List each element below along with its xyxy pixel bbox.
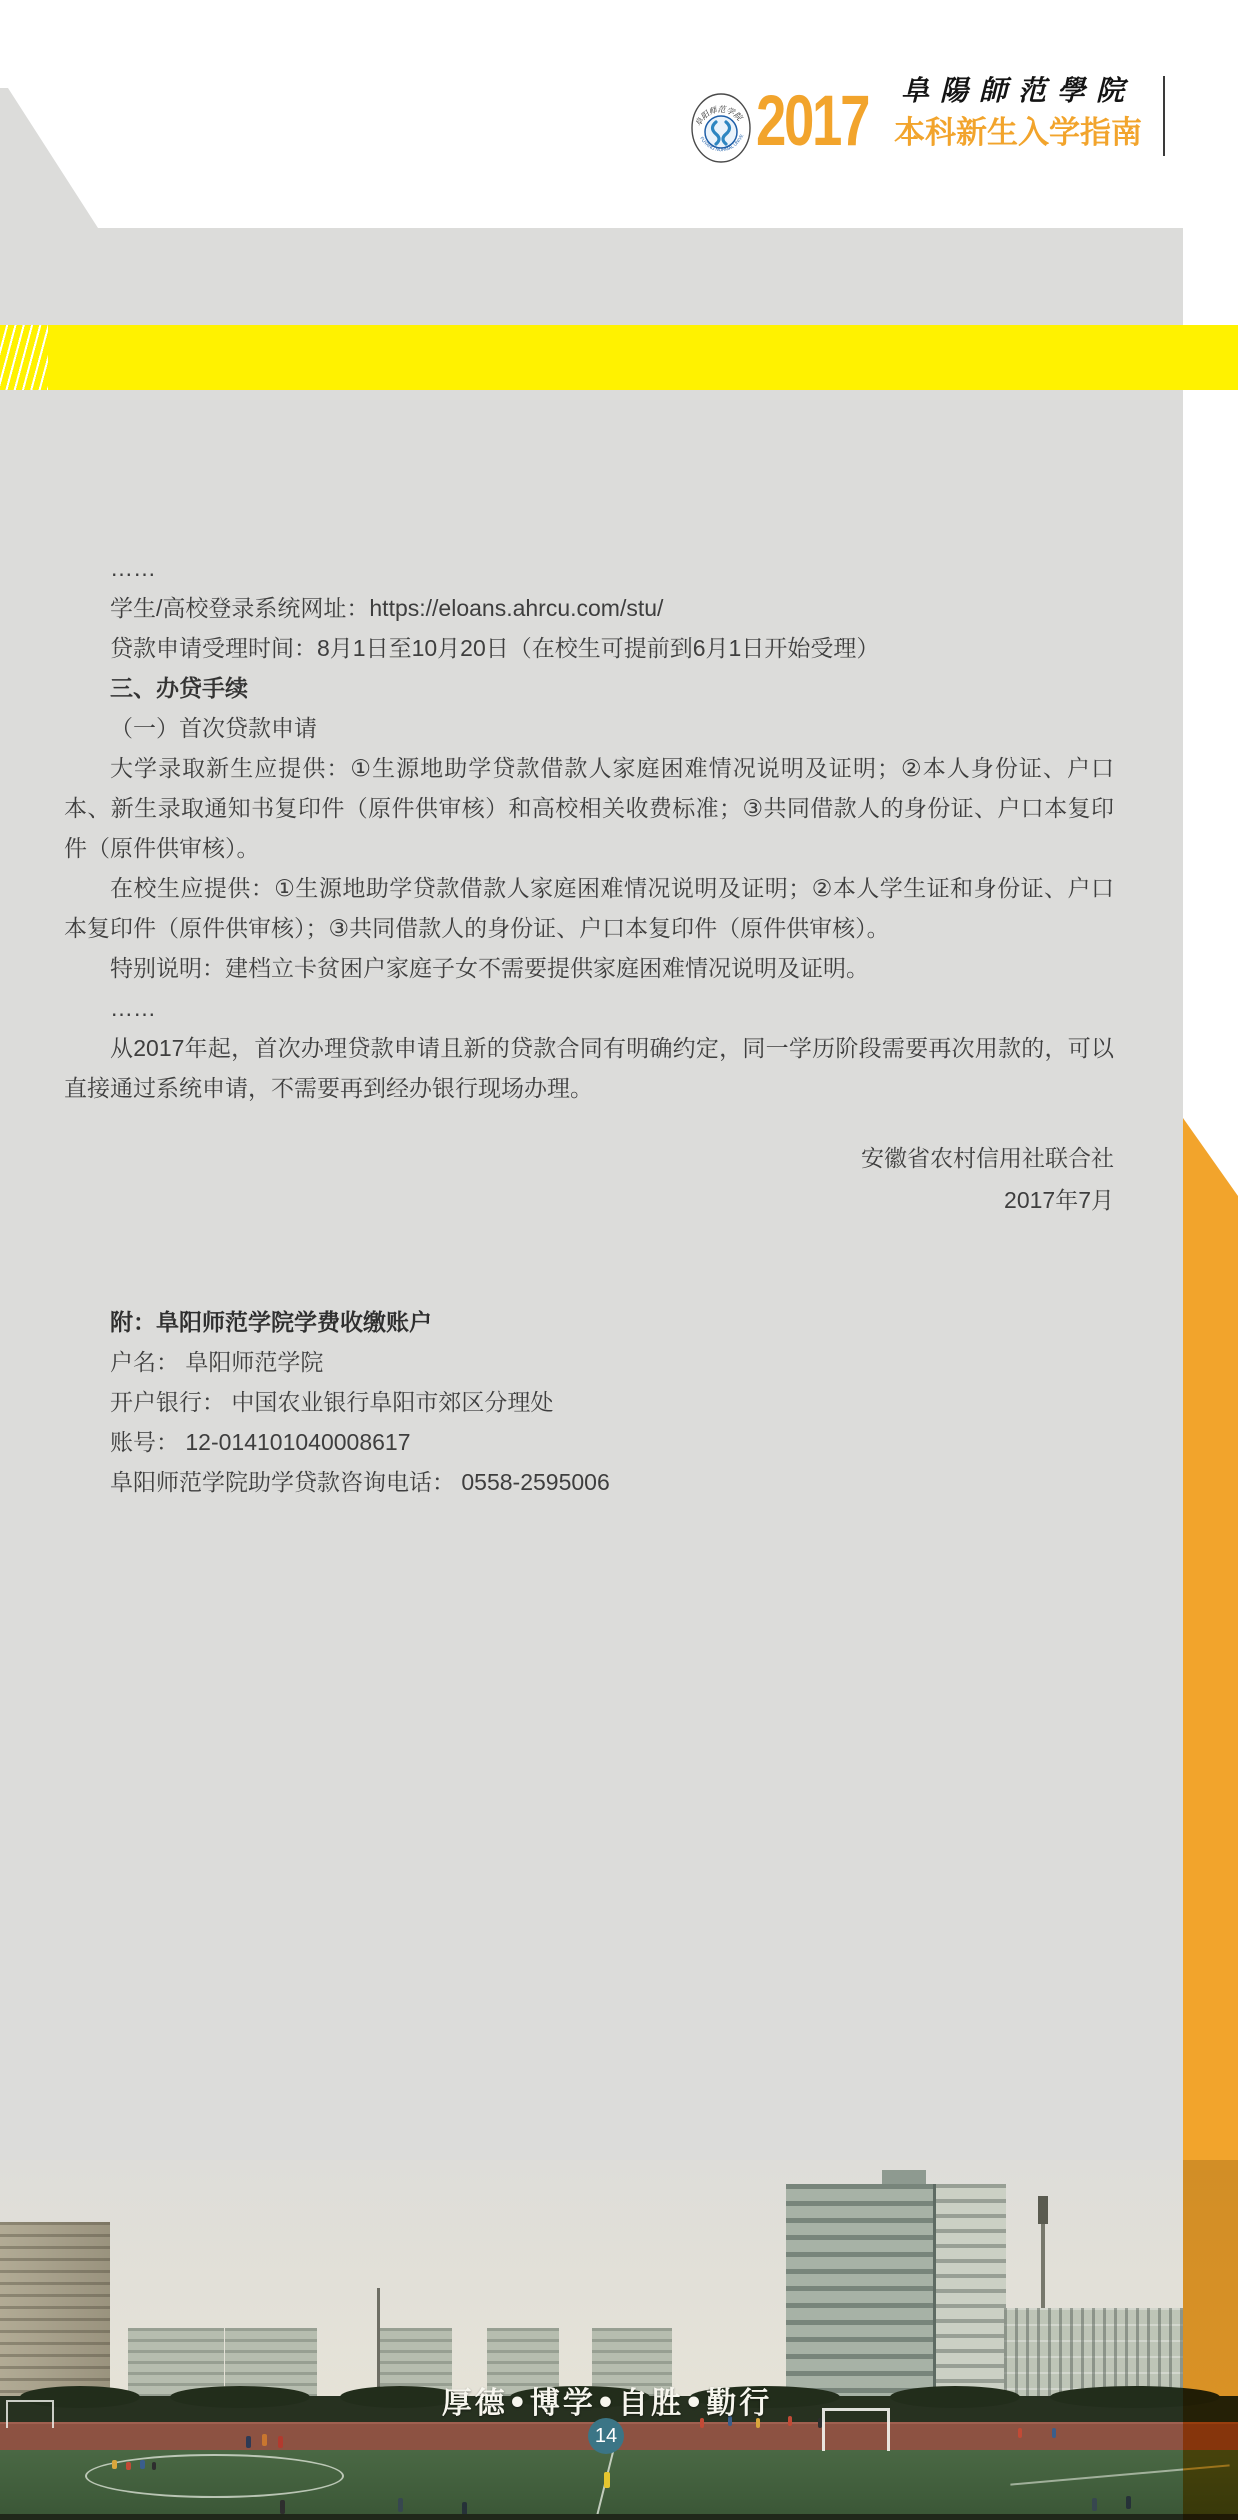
subsection-heading: （一）首次贷款申请 bbox=[64, 708, 1114, 748]
main-tower-building bbox=[786, 2184, 1006, 2408]
orange-sidebar-accent bbox=[1183, 1118, 1238, 2520]
body-paragraph: 特别说明：建档立卡贫困户家庭子女不需要提供家庭困难情况说明及证明。 bbox=[64, 948, 1114, 988]
page-number-badge: 14 bbox=[588, 2418, 624, 2454]
attachment-line-bank: 开户银行： 中国农业银行阜阳市郊区分理处 bbox=[64, 1382, 1114, 1422]
body-paragraph: …… bbox=[64, 548, 1114, 588]
person-figure bbox=[126, 2462, 131, 2470]
guide-page: 阜阳师范学院 FUYANG NORMAL UNIVERSITY 2017 阜陽師… bbox=[0, 0, 1238, 2520]
attachment-title: 附：阜阳师范学院学费收缴账户 bbox=[64, 1302, 1114, 1342]
person-figure bbox=[604, 2472, 610, 2488]
highlight-band bbox=[0, 325, 1238, 390]
signature-organization: 安徽省农村信用社联合社 bbox=[64, 1138, 1165, 1178]
attachment-block: 附：阜阳师范学院学费收缴账户 户名： 阜阳师范学院 开户银行： 中国农业银行阜阳… bbox=[64, 1302, 1114, 1502]
building-tower bbox=[933, 2184, 1006, 2408]
building-roof bbox=[882, 2170, 926, 2184]
building-wing bbox=[786, 2184, 936, 2408]
body-paragraph: 从2017年起，首次办理贷款申请且新的贷款合同有明确约定，同一学历阶段需要再次用… bbox=[64, 1028, 1114, 1108]
soccer-goal bbox=[6, 2400, 54, 2428]
person-figure bbox=[152, 2462, 156, 2470]
signature-date: 2017年7月 bbox=[64, 1180, 1226, 1220]
campus-photo bbox=[0, 2160, 1238, 2520]
person-figure bbox=[112, 2460, 117, 2469]
attachment-line-phone: 阜阳师范学院助学贷款咨询电话： 0558-2595006 bbox=[64, 1462, 1114, 1502]
person-figure bbox=[1052, 2428, 1056, 2438]
person-figure bbox=[246, 2436, 251, 2448]
photo-bottom-strip bbox=[0, 2514, 1238, 2520]
person-figure bbox=[1018, 2428, 1022, 2438]
person-figure bbox=[262, 2434, 267, 2446]
guide-subtitle: 本科新生入学指南 bbox=[882, 110, 1154, 156]
person-figure bbox=[278, 2436, 283, 2448]
person-figure bbox=[280, 2500, 285, 2514]
section-heading: 三、办贷手续 bbox=[64, 668, 1114, 708]
body-paragraph: …… bbox=[64, 988, 1114, 1028]
attachment-line-account-name: 户名： 阜阳师范学院 bbox=[64, 1342, 1114, 1382]
diagonal-stripe-pattern bbox=[0, 325, 48, 390]
body-paragraph: 学生/高校登录系统网址：https://eloans.ahrcu.com/stu… bbox=[64, 588, 1114, 628]
person-figure bbox=[398, 2498, 403, 2512]
school-name-calligraphy: 阜陽師范學院 bbox=[884, 72, 1152, 110]
person-figure bbox=[1126, 2496, 1131, 2509]
person-figure bbox=[140, 2460, 145, 2469]
building-silhouette bbox=[0, 2222, 110, 2404]
header-year: 2017 bbox=[756, 86, 868, 155]
person-figure bbox=[1092, 2498, 1097, 2511]
body-paragraph: 贷款申请受理时间：8月1日至10月20日（在校生可提前到6月1日开始受理） bbox=[64, 628, 1114, 668]
gray-diagonal-notch bbox=[0, 88, 98, 228]
school-motto: 厚德•博学•自胜•勤行 bbox=[300, 2378, 914, 2422]
body-text-block: …… 学生/高校登录系统网址：https://eloans.ahrcu.com/… bbox=[64, 548, 1114, 1108]
body-paragraph: 在校生应提供：①生源地助学贷款借款人家庭困难情况说明及证明；②本人学生证和身份证… bbox=[64, 868, 1114, 948]
field-center-circle bbox=[85, 2454, 344, 2498]
attachment-line-account-number: 账号： 12-014101040008617 bbox=[64, 1422, 1114, 1462]
body-paragraph: 大学录取新生应提供：①生源地助学贷款借款人家庭困难情况说明及证明；②本人身份证、… bbox=[64, 748, 1114, 868]
tree-blob bbox=[170, 2386, 310, 2408]
university-seal-logo: 阜阳师范学院 FUYANG NORMAL UNIVERSITY bbox=[690, 92, 752, 164]
header-divider-line bbox=[1163, 76, 1165, 156]
